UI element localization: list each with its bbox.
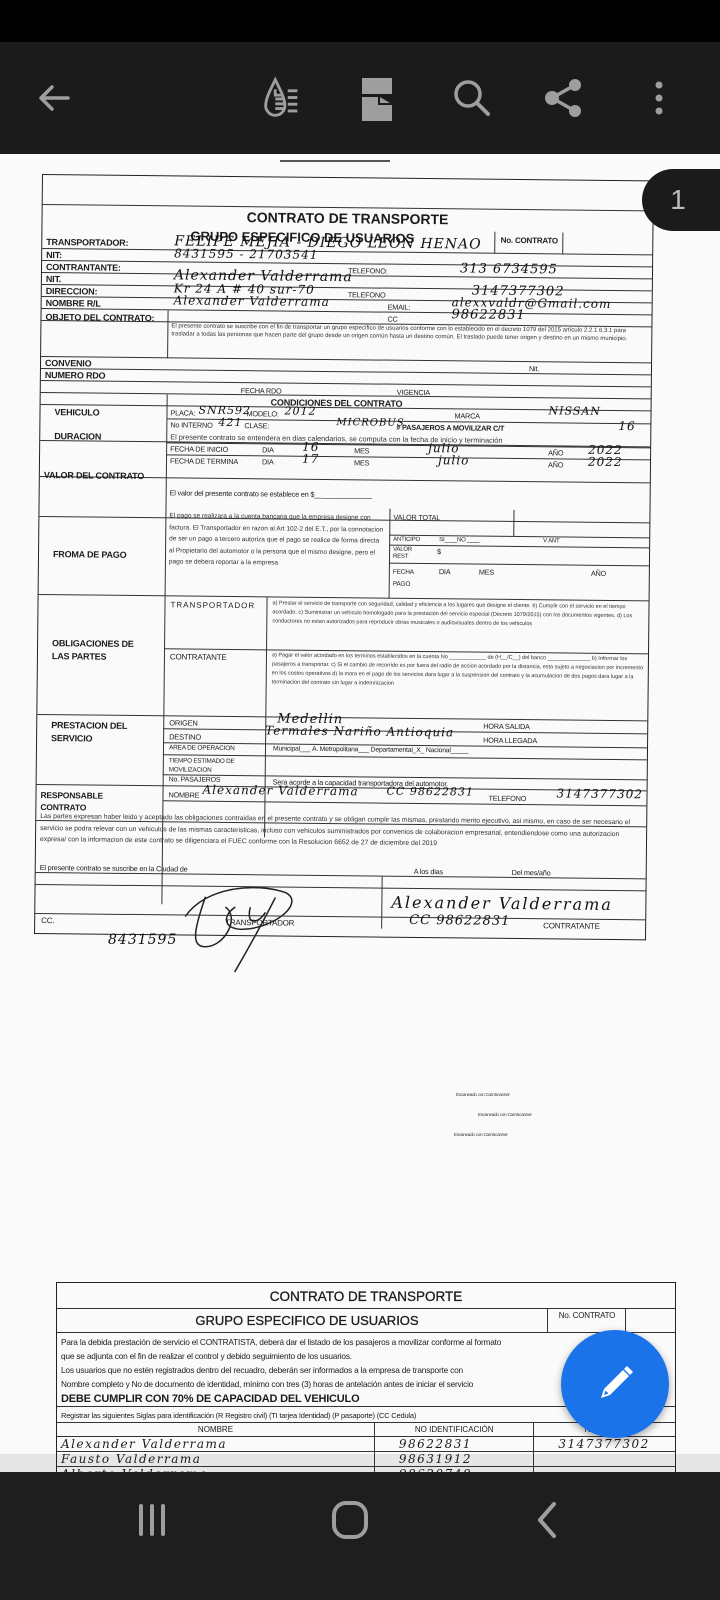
nombre-rl-label: NOMBRE R/L [46,298,101,309]
pago-dia-label: DIA [439,567,451,576]
reading-mode-icon[interactable] [258,74,306,122]
status-bar [0,0,720,42]
area-operacion-label: AREA DE OPERACION [169,744,235,752]
resp-telefono-label: TELEFONO [488,794,526,803]
destino-label: DESTINO [169,732,201,741]
fecha-inicio-label: FECHA DE INICIO [170,444,228,454]
pasajeros-value: 16 [618,419,635,433]
home-icon[interactable] [310,1492,390,1548]
clausula-text: Las partes expresan haber leido y acepta… [40,811,644,852]
anticipo-label: ANTICIPO [393,537,420,543]
termina-ano-value: 2022 [588,455,623,469]
system-nav-bar [0,1472,720,1600]
page2-no-contrato: No. CONTRATO [551,1311,623,1320]
table-row: Alexander Valderrama986228313147377302 [57,1437,675,1452]
del-mes-label: Del mes/año [512,868,551,877]
table-cell: 98622831 [374,1437,534,1451]
valor-rest-label: VALOR REST [393,547,423,561]
back-nav-icon[interactable] [508,1492,588,1548]
firma-transportador-label: TRANSPORTADOR [225,918,294,928]
inicio-mes-label: MES [354,446,369,455]
area-operacion-options: Municipal___ A. Metropolitana___ Departa… [273,745,469,754]
a-los-dias-label: A los dias [414,867,443,876]
scanner-note-1: Escaneado con CamScanner [456,1092,510,1097]
column-header: NOMBRE [57,1423,374,1436]
termina-mes-label: MES [354,458,369,467]
valor-text: El valor del presente contrato se establ… [170,488,373,499]
scanner-note-3: Escaneado con CamScanner [454,1132,508,1137]
cc-label: CC [387,315,397,324]
firma-contratante-label: CONTRATANTE [543,921,600,931]
table-cell: 3147377302 [533,1437,675,1451]
resp-nombre-label: NOMBRE [168,790,199,799]
page-layout-icon[interactable] [352,74,400,122]
table-cell [533,1452,675,1466]
more-options-icon[interactable] [635,74,683,122]
column-header: NO IDENTIFICACIÓN [374,1423,533,1436]
nit3-label: Nit. [529,364,539,373]
ciudad-label: El presente contrato se suscribe en la C… [40,863,188,874]
firma-transportador-cc: 8431595 [108,932,177,948]
convenio-label: CONVENIO [45,358,92,368]
firma-contratante-value: Alexander Valderrama [391,893,613,914]
origen-label: ORIGEN [169,718,197,727]
cc-transportador-label: CC. [41,916,54,925]
valor-contrato-label: VALOR DEL CONTRATO [44,469,154,482]
obligaciones-label: OBLIGACIONES DE LAS PARTES [52,637,152,664]
telefono-label: TELEFONO: [348,266,388,275]
hora-salida-label: HORA SALIDA [483,722,530,731]
pago-ano-label: AÑO [591,569,606,578]
search-icon[interactable] [448,74,496,122]
prestacion-label: PRESTACION DEL SERVICIO [51,719,151,746]
page2-title: CONTRATO DE TRANSPORTE [57,1289,675,1304]
page2-intro-1: Para la debida prestación de servicio el… [61,1337,501,1347]
resp-nombre-value: Alexander Valderrama [202,783,358,799]
duracion-label: DURACION [54,431,101,441]
telefono2-label: TELEFONO [348,290,386,299]
app-toolbar [0,42,720,154]
inicio-dia-label: DIA [262,445,274,454]
obl-transportador-label: TRANSPORTADOR [170,600,255,610]
nit-value: 8431595 - 21703541 [174,246,318,262]
scan-mark [280,160,390,162]
page-number-badge: 1 [642,169,720,231]
nombre-rl-value: Alexander Valderrama [174,293,330,309]
clase-value: MICROBUS [336,417,404,429]
no-interno-label: No INTERNO [170,420,212,429]
page2-intro-3: Los usuarios que no estén registrados de… [61,1365,463,1375]
forma-pago-text: El pago se realizara a la cuenta bancari… [169,510,385,570]
valor-rest-dollar: $ [437,547,441,556]
recent-apps-icon[interactable] [112,1492,192,1548]
resp-telefono-value: 3147377302 [556,786,643,801]
hora-llegada-label: HORA LLEGADA [483,736,537,746]
pasajeros-movilizar-label: # PASAJEROS A MOVILIZAR C/T [396,423,504,433]
obl-contratante-label: CONTRATANTE [170,652,227,662]
pago-mes-label: MES [479,568,494,577]
passenger-table: NOMBRENO IDENTIFICACIÓNTELEFONOAlexander… [57,1423,675,1472]
destino-value: Termales Nariño Antioquia [265,723,454,739]
forma-pago-label: FROMA DE PAGO [53,549,127,560]
firma-cc-value: CC 98622831 [409,913,510,929]
nit2-label: NIT. [46,274,61,284]
table-cell: Alexander Valderrama [57,1437,374,1451]
resp-cc-value: CC 98622831 [386,785,473,799]
page2-subtitle: GRUPO ESPECIFICO DE USUARIOS [57,1313,557,1328]
cc-value: 98622831 [451,307,525,323]
pdf-viewer[interactable]: CONTRATO DE TRANSPORTE GRUPO ESPECIFICO … [0,154,720,1472]
inicio-ano-label: AÑO [548,448,563,457]
fecha-termina-label: FECHA DE TERMINA [170,456,238,466]
edit-pencil-icon [591,1360,639,1408]
termina-mes-value: julio [438,453,470,467]
v-ant-label: V ANT [543,538,559,544]
table-cell: 98631912 [374,1452,534,1466]
table-cell: Fausto Valderrama [57,1452,374,1466]
transportador-label: TRANSPORTADOR: [46,237,128,248]
nit-label: NIT: [46,250,62,260]
termina-dia-label: DIA [262,457,274,466]
pdf-page-1: CONTRATO DE TRANSPORTE GRUPO ESPECIFICO … [0,154,720,1174]
page2-intro-4: Nombre completo y No de documento de ide… [61,1379,473,1389]
tiempo-estimado-label: TIEMPO ESTIMADO DE MOVILIZACION [169,756,261,775]
clase-label: CLASE: [244,421,269,430]
valor-total-label: VALOR TOTAL [393,513,440,522]
page2-intro-2: que se adjunta con el fin de realizar el… [61,1351,352,1361]
back-icon[interactable] [30,74,78,122]
share-icon[interactable] [540,74,588,122]
telefono-value: 313 6734595 [460,261,558,277]
contract-form: CONTRATO DE TRANSPORTE GRUPO ESPECIFICO … [34,174,654,940]
email-label: EMAIL: [388,303,411,312]
termina-ano-label: AÑO [548,460,563,469]
scanner-note-2: Escaneado con CamScanner [478,1112,532,1117]
termina-dia-value: 17 [302,452,319,466]
edit-button[interactable] [561,1330,669,1438]
anticipo-options: SI____NO ____ [439,537,479,543]
no-interno-value: 421 [218,416,242,429]
direccion-label: DIRECCION: [46,286,98,297]
obl-transportador-text: a) Prestar el servicio de transporte con… [272,599,644,630]
obl-contratante-text: a) Pagar el valor acordado en los termin… [272,651,644,691]
table-row: Fausto Valderrama98631912 [57,1452,675,1467]
contratante-label: CONTRANTANTE: [46,262,121,273]
objeto-label: OBJETO DEL CONTRATO: [45,311,155,324]
numero-rdo-label: NUMERO RDO [45,370,106,381]
